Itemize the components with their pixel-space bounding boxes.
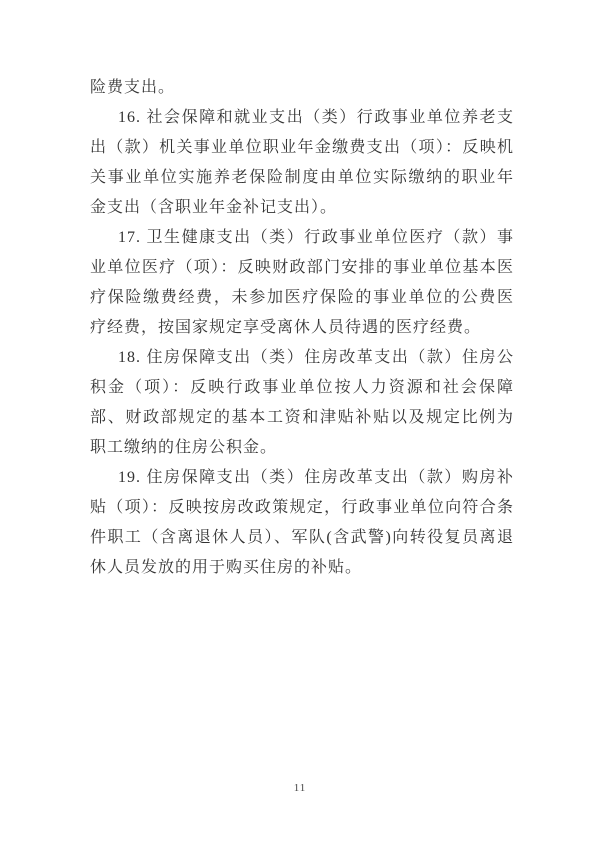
paragraph-item-16: 16. 社会保障和就业支出（类）行政事业单位养老支出（款）机关事业单位职业年金缴… — [90, 103, 514, 223]
document-text-block: 险费支出。 16. 社会保障和就业支出（类）行政事业单位养老支出（款）机关事业单… — [90, 73, 514, 583]
paragraph-item-19: 19. 住房保障支出（类）住房改革支出（款）购房补贴（项）：反映按房改政策规定，… — [90, 463, 514, 583]
paragraph-item-18: 18. 住房保障支出（类）住房改革支出（款）住房公积金（项）：反映行政事业单位按… — [90, 343, 514, 463]
document-page: 险费支出。 16. 社会保障和就业支出（类）行政事业单位养老支出（款）机关事业单… — [0, 0, 600, 848]
page-number: 11 — [0, 781, 600, 795]
paragraph-item-17: 17. 卫生健康支出（类）行政事业单位医疗（款）事业单位医疗（项）：反映财政部门… — [90, 223, 514, 343]
paragraph-continuation: 险费支出。 — [90, 73, 514, 103]
